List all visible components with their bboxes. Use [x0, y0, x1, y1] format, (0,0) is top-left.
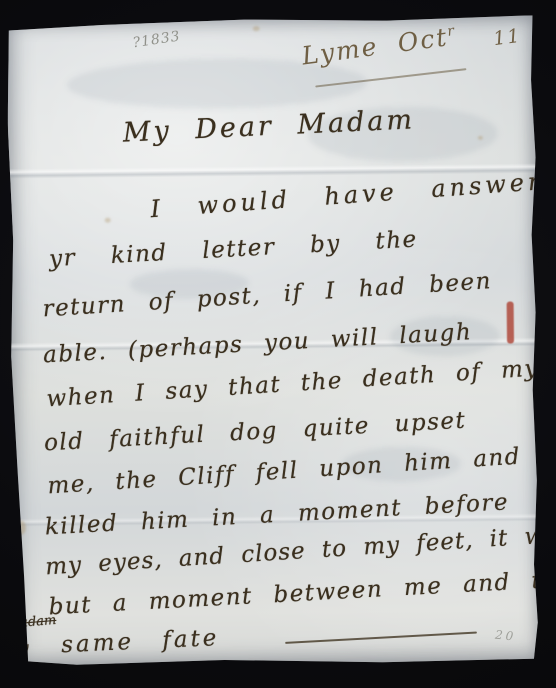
- dateline-superscript: r: [446, 23, 457, 40]
- foxing-spot: [253, 26, 260, 31]
- dateline-place: Lyme: [300, 32, 380, 71]
- body-line: old faithful dog quite upset: [43, 408, 467, 457]
- closing-dash-stroke: [285, 632, 477, 644]
- letter-page: ?1833 20 Lyme Octr 11 My Dear Madam I wo…: [7, 15, 542, 666]
- pencil-year-annotation: ?1833: [132, 28, 182, 51]
- body-line: able. (perhaps you will laugh: [42, 319, 472, 368]
- sealing-wax-trace: [507, 301, 514, 343]
- body-line: return of post, if I had been: [42, 268, 493, 322]
- edge-fragment: Madam: [6, 613, 57, 632]
- dateline: Lyme Octr 11: [300, 13, 522, 71]
- dateline-day: 11: [492, 25, 523, 51]
- edge-fragment: my: [2, 638, 30, 661]
- body-line: same fate: [61, 625, 220, 658]
- photo-of-letter: ?1833 20 Lyme Octr 11 My Dear Madam I wo…: [0, 0, 556, 688]
- body-line: I would have answered: [150, 164, 556, 223]
- foxing-spot: [105, 218, 111, 223]
- dateline-month: Oct: [396, 22, 450, 57]
- foxing-spot: [478, 136, 483, 140]
- pencil-number-annotation: 20: [494, 628, 517, 644]
- body-line: yr kind letter by the: [48, 226, 418, 272]
- foxing-spot: [16, 521, 26, 535]
- dateline-underline: [315, 68, 466, 87]
- salutation: My Dear Madam: [122, 104, 416, 148]
